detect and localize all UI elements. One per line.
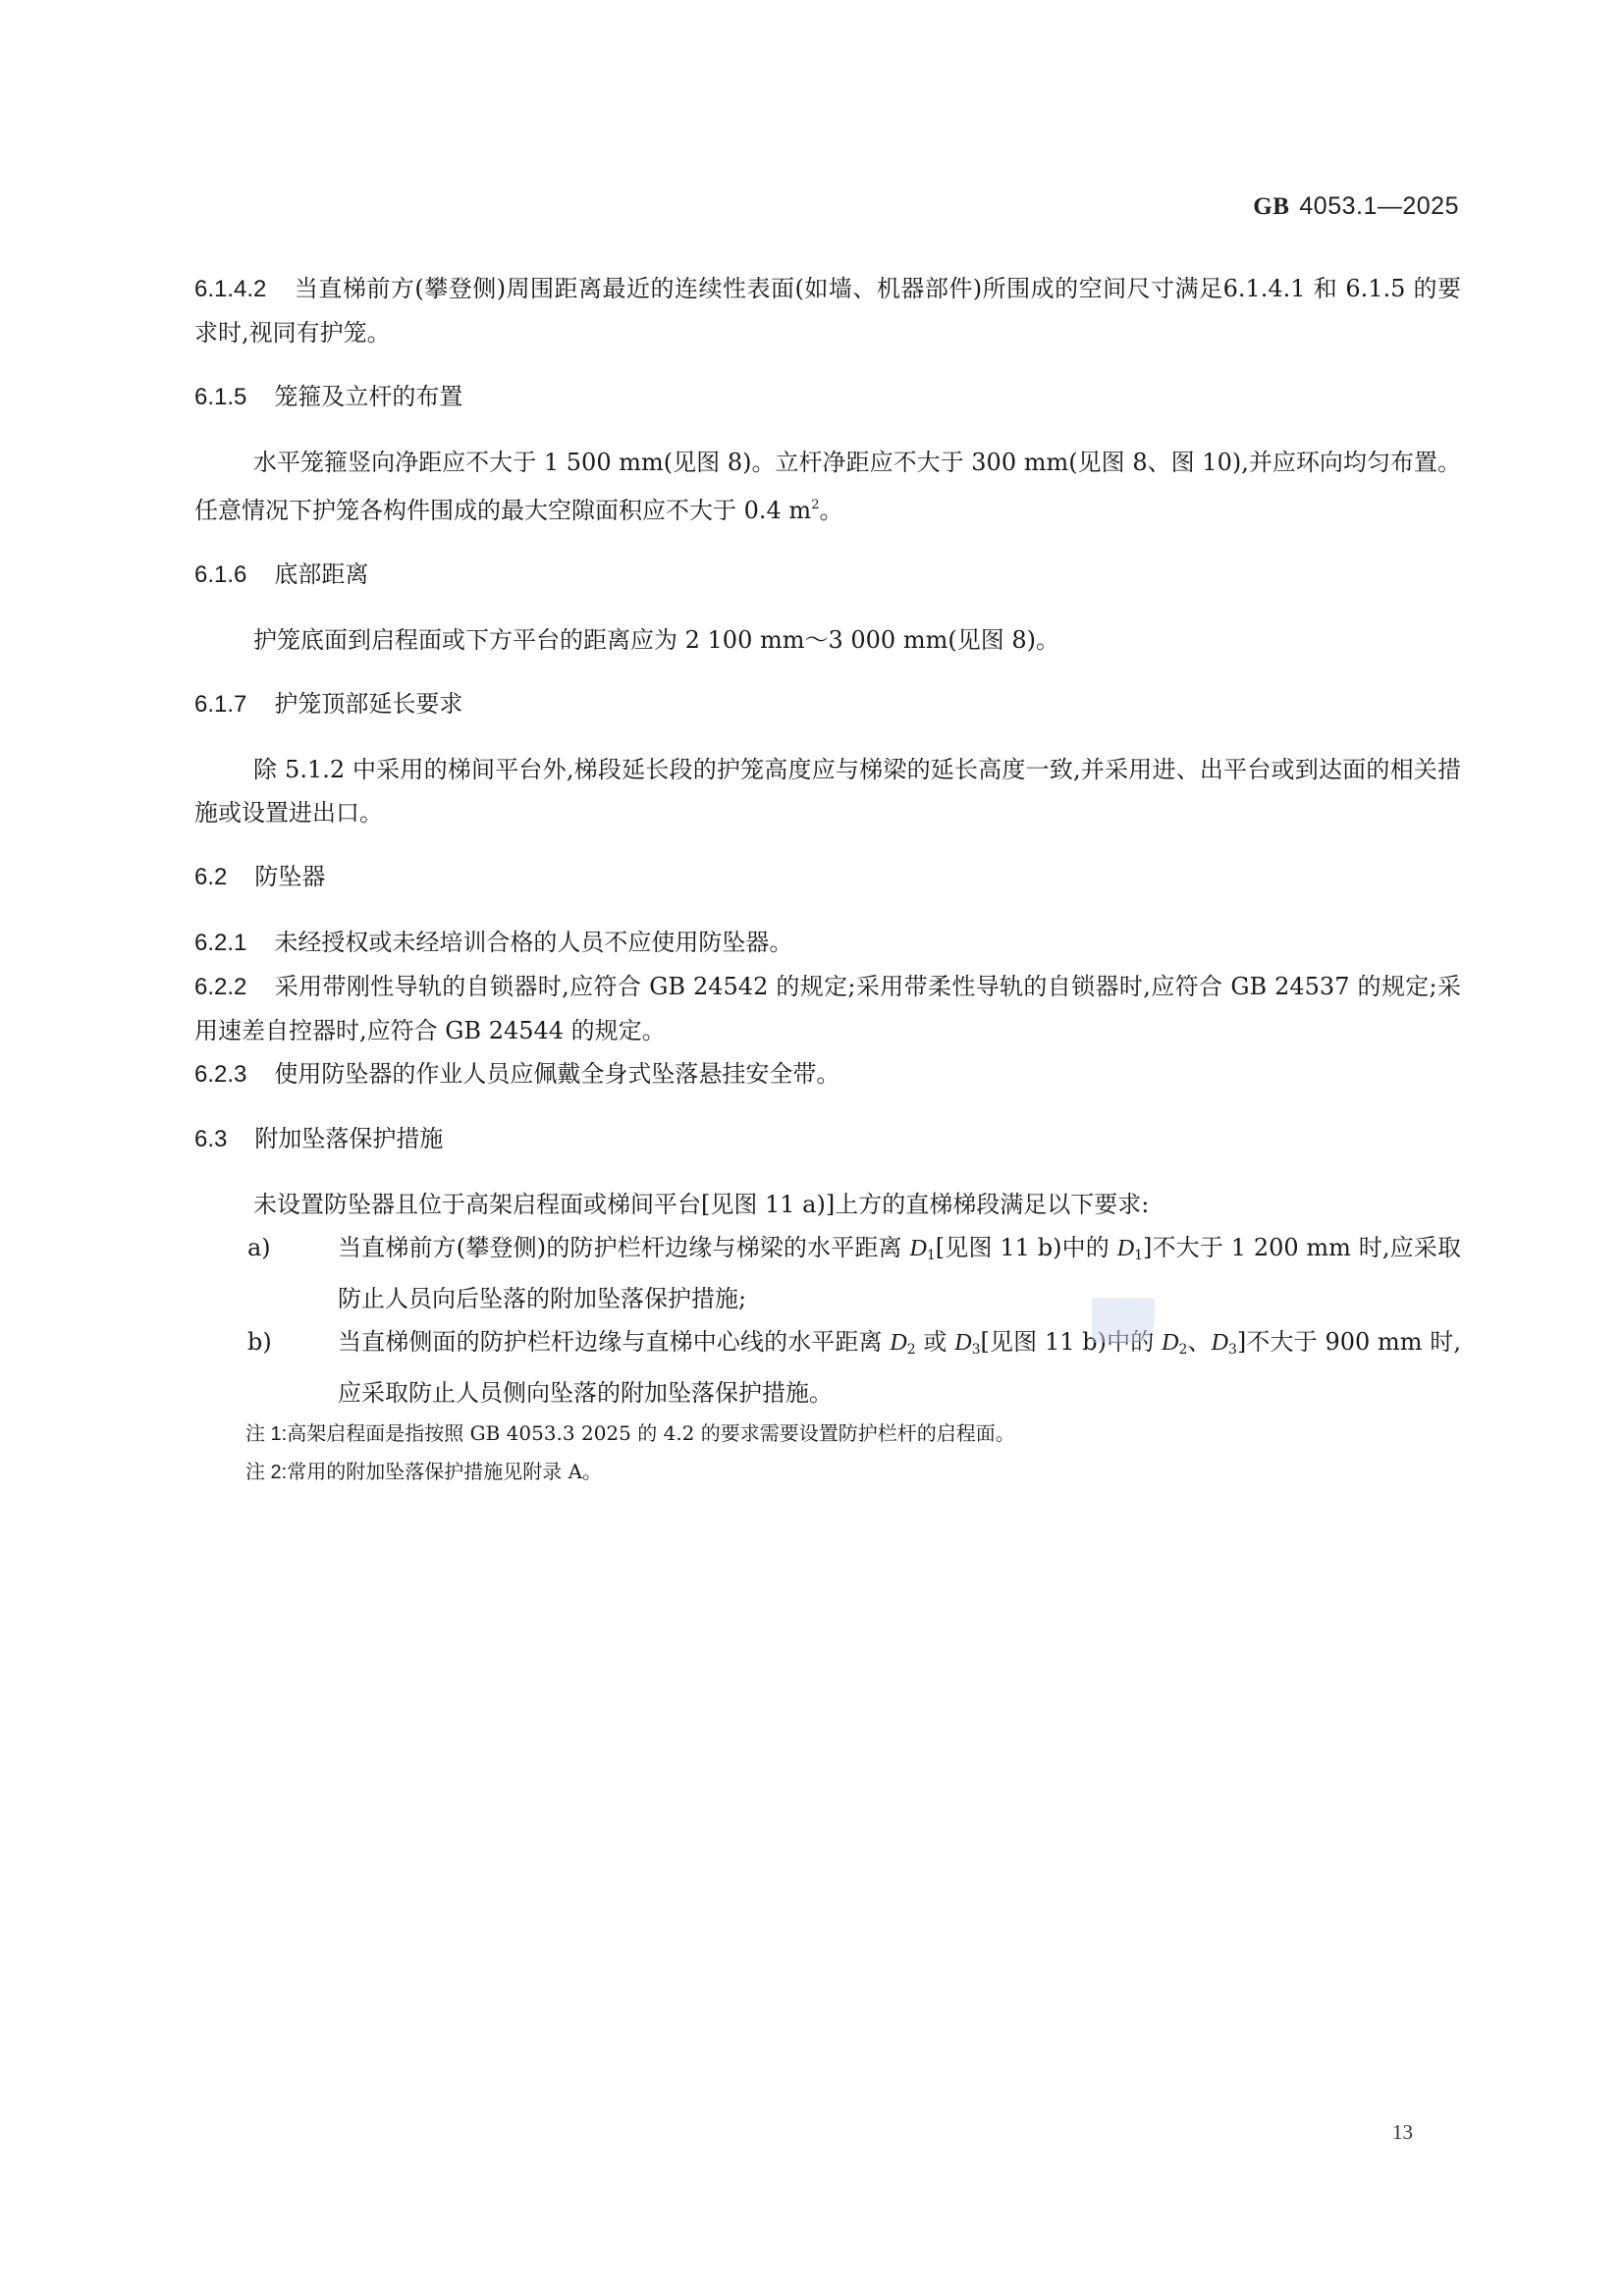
clause-number: 6.2.1 (194, 930, 246, 956)
page-number: 13 (1392, 2120, 1413, 2145)
paragraph-end: 。 (819, 497, 842, 524)
heading-number: 6.1.5 (194, 384, 246, 410)
list-item-b: b)当直梯侧面的防护栏杆边缘与直梯中心线的水平距离 D2 或 D3[见图 11 … (247, 1320, 1461, 1415)
clause-6-2-1: 6.2.1未经授权或未经培训合格的人员不应使用防坠器。 (194, 921, 1461, 965)
list-text: 当直梯前方(攀登侧)的防护栏杆边缘与梯梁的水平距离 (338, 1234, 910, 1261)
heading-6-1-7: 6.1.7护笼顶部延长要求 (194, 683, 1461, 726)
document-body: 6.1.4.2当直梯前方(攀登侧)周围距离最近的连续性表面(如墙、机器部件)所围… (194, 267, 1461, 1491)
standard-prefix: GB (1253, 193, 1289, 220)
subscript: 1 (1134, 1248, 1143, 1263)
page-header: GB4053.1—2025 (1253, 192, 1459, 221)
paragraph-6-3-intro: 未设置防坠器且位于高架启程面或梯间平台[见图 11 a)]上方的直梯梯段满足以下… (194, 1183, 1461, 1226)
clause-6-2-3: 6.2.3使用防坠器的作业人员应佩戴全身式坠落悬挂安全带。 (194, 1052, 1461, 1096)
note-label: 注 2: (245, 1462, 287, 1483)
clause-6-2-2: 6.2.2采用带刚性导轨的自锁器时,应符合 GB 24542 的规定;采用带柔性… (194, 965, 1461, 1052)
paragraph-6-1-5: 水平笼箍竖向净距应不大于 1 500 mm(见图 8)。立杆净距应不大于 300… (194, 441, 1461, 532)
heading-title: 笼箍及立杆的布置 (274, 384, 462, 410)
clause-number: 6.1.4.2 (194, 276, 266, 302)
variable: D (1162, 1330, 1178, 1356)
watermark-mark (1092, 1298, 1155, 1343)
paragraph-6-1-6: 护笼底面到启程面或下方平台的距离应为 2 100 mm～3 000 mm(见图 … (194, 618, 1461, 662)
list-item-a: a)当直梯前方(攀登侧)的防护栏杆边缘与梯梁的水平距离 D1[见图 11 b)中… (247, 1226, 1461, 1320)
heading-6-1-6: 6.1.6底部距离 (194, 554, 1461, 597)
subscript: 3 (972, 1342, 981, 1358)
subscript: 1 (927, 1248, 936, 1263)
heading-6-3: 6.3附加坠落保护措施 (194, 1118, 1461, 1161)
note-label: 注 1: (245, 1423, 287, 1445)
variable: D (890, 1330, 906, 1356)
subscript: 3 (1228, 1342, 1237, 1358)
variable: D (910, 1236, 927, 1261)
variable: D (1212, 1330, 1228, 1356)
list-text: 当直梯侧面的防护栏杆边缘与直梯中心线的水平距离 (338, 1328, 890, 1356)
heading-number: 6.3 (194, 1126, 227, 1152)
heading-number: 6.1.6 (194, 561, 246, 588)
variable: D (954, 1330, 971, 1356)
subscript: 2 (907, 1342, 916, 1358)
note-1: 注 1:高架启程面是指按照 GB 4053.3 2025 的 4.2 的要求需要… (245, 1415, 1461, 1453)
heading-title: 附加坠落保护措施 (254, 1126, 443, 1152)
standard-number: 4053.1—2025 (1299, 192, 1459, 220)
paragraph-6-1-7: 除 5.1.2 中采用的梯间平台外,梯段延长段的护笼高度应与梯梁的延长高度一致,… (194, 748, 1461, 834)
list-text: [见图 11 b)中的 (936, 1234, 1117, 1261)
heading-number: 6.2 (194, 864, 227, 890)
note-text: 高架启程面是指按照 GB 4053.3 2025 的 4.2 的要求需要设置防护… (287, 1421, 1015, 1445)
clause-text: 采用带刚性导轨的自锁器时,应符合 GB 24542 的规定;采用带柔性导轨的自锁… (194, 973, 1461, 1044)
clause-text: 当直梯前方(攀登侧)周围距离最近的连续性表面(如墙、机器部件)所围成的空间尺寸满… (294, 275, 1222, 302)
clause-number: 6.2.2 (194, 974, 246, 1000)
note-2: 注 2:常用的附加坠落保护措施见附录 A。 (245, 1453, 1461, 1491)
list-text: 或 (916, 1328, 955, 1356)
clause-number: 6.2.3 (194, 1061, 246, 1088)
heading-6-1-5: 6.1.5笼箍及立杆的布置 (194, 376, 1461, 419)
list-text: 、 (1187, 1328, 1211, 1356)
heading-number: 6.1.7 (194, 691, 246, 718)
heading-6-2: 6.2防坠器 (194, 856, 1461, 899)
heading-title: 防坠器 (254, 864, 325, 890)
heading-title: 底部距离 (274, 561, 368, 588)
heading-title: 护笼顶部延长要求 (274, 691, 462, 718)
list-marker: a) (247, 1226, 271, 1269)
clause-text: 未经授权或未经培训合格的人员不应使用防坠器。 (274, 929, 792, 956)
variable: D (1117, 1236, 1134, 1261)
note-text: 常用的附加坠落保护措施见附录 A。 (287, 1460, 602, 1483)
list-marker: b) (247, 1320, 272, 1363)
clause-6-1-4-2: 6.1.4.2当直梯前方(攀登侧)周围距离最近的连续性表面(如墙、机器部件)所围… (194, 267, 1461, 354)
clause-text: 使用防坠器的作业人员应佩戴全身式坠落悬挂安全带。 (274, 1060, 839, 1088)
